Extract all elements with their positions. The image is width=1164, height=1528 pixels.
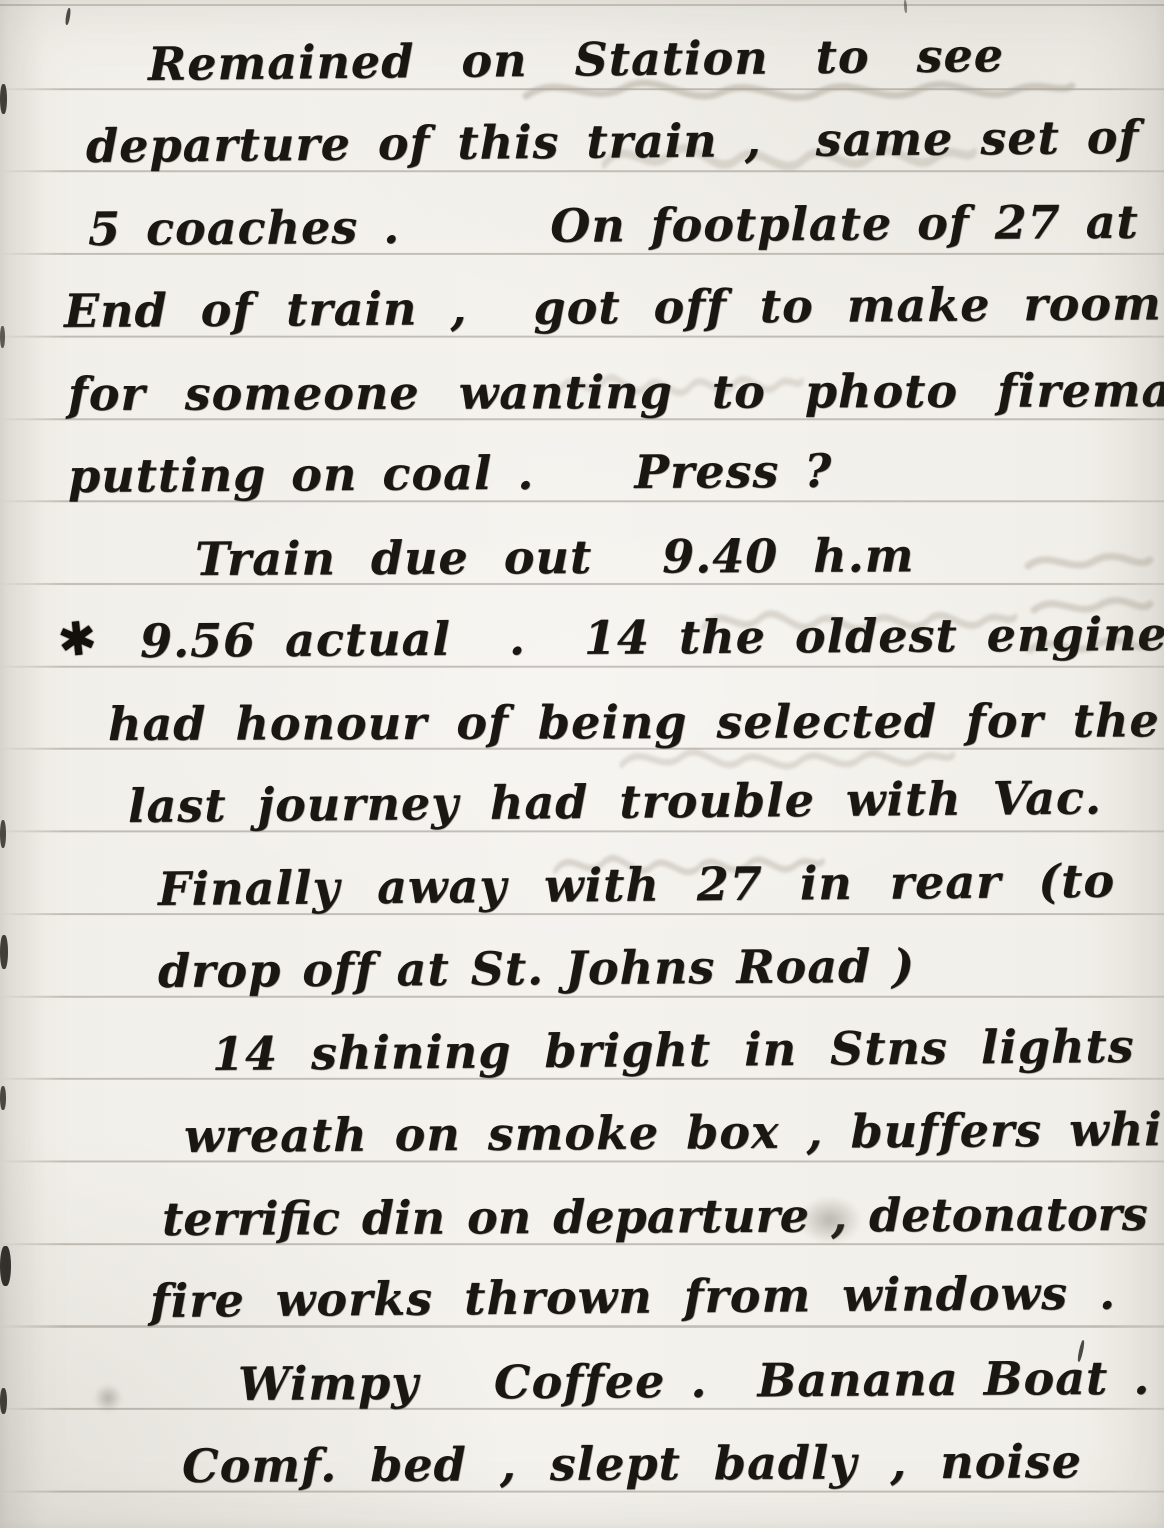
handwritten-line: fire works thrown from windows . (150, 1267, 1116, 1327)
scan-artifact (0, 1388, 7, 1414)
smudge-mark (798, 1196, 862, 1244)
scan-artifact (0, 820, 6, 848)
scan-artifact (0, 1246, 11, 1286)
notebook-page: Remained on Station to see departure of … (0, 0, 1164, 1528)
handwritten-line: Wimpy Coffee . Banana Boat . (238, 1352, 1151, 1410)
handwritten-line: putting on coal . Press ? (68, 445, 833, 502)
handwritten-line: Remained on Station to see (148, 29, 1004, 90)
margin-asterisk: ✱ (56, 614, 99, 664)
scan-artifact (0, 326, 5, 348)
handwritten-line: 5 coaches . On footplate of 27 at (88, 196, 1139, 255)
smudge-mark (94, 1384, 122, 1412)
ink-dot (82, 376, 87, 382)
handwritten-line: 14 shining bright in Stns lights (212, 1020, 1135, 1080)
handwritten-line: had honour of being selected for the (108, 694, 1160, 750)
scan-artifact (0, 84, 7, 114)
handwritten-line: drop off at St. Johns Road ) (158, 940, 915, 997)
handwritten-line: for someone wanting to photo fireman (68, 364, 1164, 420)
scan-artifact (0, 1086, 6, 1110)
ruled-line-top (0, 4, 1164, 6)
scan-artifact (0, 935, 8, 969)
handwritten-line: 9.56 actual . 14 the oldest engine (140, 608, 1164, 667)
handwritten-line: departure of this train , same set of (86, 111, 1140, 172)
handwritten-line: Finally away with 27 in rear (to (158, 855, 1115, 915)
handwritten-line: wreath on smoke box , buffers white . (184, 1102, 1164, 1162)
handwritten-line: terrific din on departure , detonators (162, 1188, 1148, 1245)
handwritten-line: Train due out 9.40 h.m (195, 529, 915, 585)
handwritten-line: Comf. bed , slept badly , noise (182, 1435, 1082, 1492)
handwritten-line: End of train , got off to make room (64, 277, 1162, 337)
handwritten-line: last journey had trouble with Vac. (128, 772, 1102, 832)
